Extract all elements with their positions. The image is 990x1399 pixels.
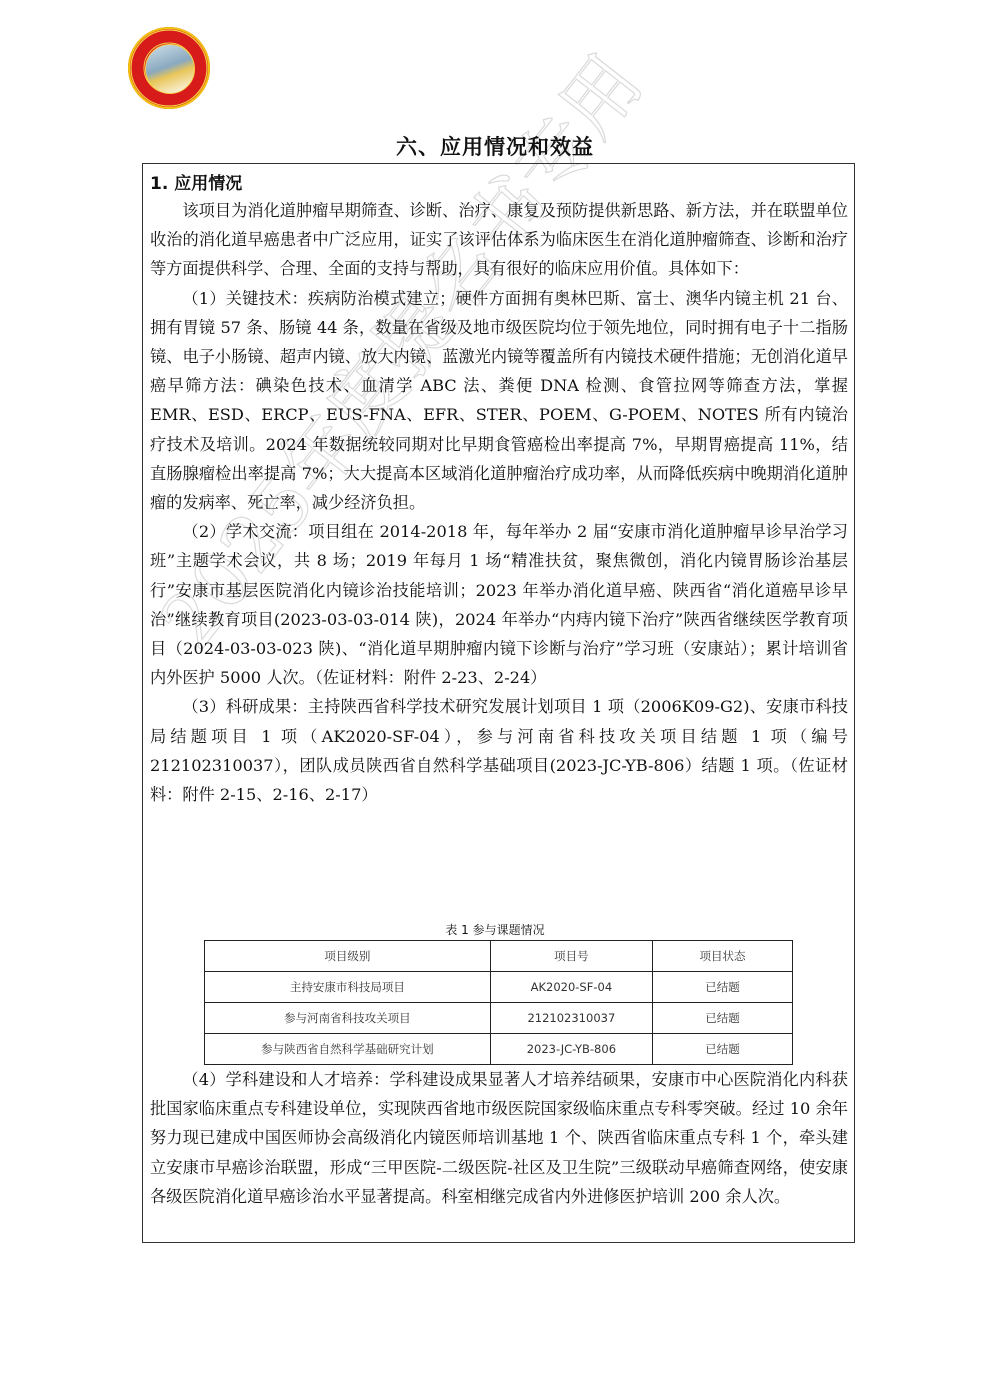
cell-project-status: 已结题 [653, 1034, 793, 1065]
body-text-lower: （4）学科建设和人才培养：学科建设成果显著人才培养结硕果，安康市中心医院消化内科… [150, 1065, 848, 1211]
projects-table: 项目级别 项目号 项目状态 主持安康市科技局项目 AK2020-SF-04 已结… [204, 940, 793, 1065]
header-project-number: 项目号 [490, 941, 652, 972]
table-header-row: 项目级别 项目号 项目状态 [205, 941, 793, 972]
header-project-status: 项目状态 [653, 941, 793, 972]
cell-project-status: 已结题 [653, 1003, 793, 1034]
body-text-upper: 该项目为消化道肿瘤早期筛查、诊断、治疗、康复及预防提供新思路、新方法，并在联盟单… [150, 196, 848, 809]
paragraph-discipline-building: （4）学科建设和人才培养：学科建设成果显著人才培养结硕果，安康市中心医院消化内科… [150, 1065, 848, 1211]
paragraph-intro: 该项目为消化道肿瘤早期筛查、诊断、治疗、康复及预防提供新思路、新方法，并在联盟单… [150, 196, 848, 284]
cell-project-level: 主持安康市科技局项目 [205, 972, 491, 1003]
cell-project-level: 参与河南省科技攻关项目 [205, 1003, 491, 1034]
table-row: 参与陕西省自然科学基础研究计划 2023-JC-YB-806 已结题 [205, 1034, 793, 1065]
cell-project-level: 参与陕西省自然科学基础研究计划 [205, 1034, 491, 1065]
cell-project-number: AK2020-SF-04 [490, 972, 652, 1003]
header-project-level: 项目级别 [205, 941, 491, 972]
cell-project-number: 2023-JC-YB-806 [490, 1034, 652, 1065]
paragraph-research-results: （3）科研成果：主持陕西省科学技术研究发展计划项目 1 项（2006K09-G2… [150, 692, 848, 809]
cell-project-number: 212102310037 [490, 1003, 652, 1034]
table-caption: 表 1 参与课题情况 [0, 921, 990, 938]
section-heading: 1. 应用情况 [150, 169, 242, 194]
seal-logo [128, 27, 210, 109]
table-row: 主持安康市科技局项目 AK2020-SF-04 已结题 [205, 972, 793, 1003]
page-title: 六、应用情况和效益 [0, 131, 990, 161]
paragraph-academic-exchange: （2）学术交流：项目组在 2014-2018 年，每年举办 2 届“安康市消化道… [150, 517, 848, 692]
paragraph-key-tech: （1）关键技术：疾病防治模式建立；硬件方面拥有奥林巴斯、富士、澳华内镜主机 21… [150, 284, 848, 518]
cell-project-status: 已结题 [653, 972, 793, 1003]
seal-emblem-icon [145, 44, 195, 94]
table-row: 参与河南省科技攻关项目 212102310037 已结题 [205, 1003, 793, 1034]
